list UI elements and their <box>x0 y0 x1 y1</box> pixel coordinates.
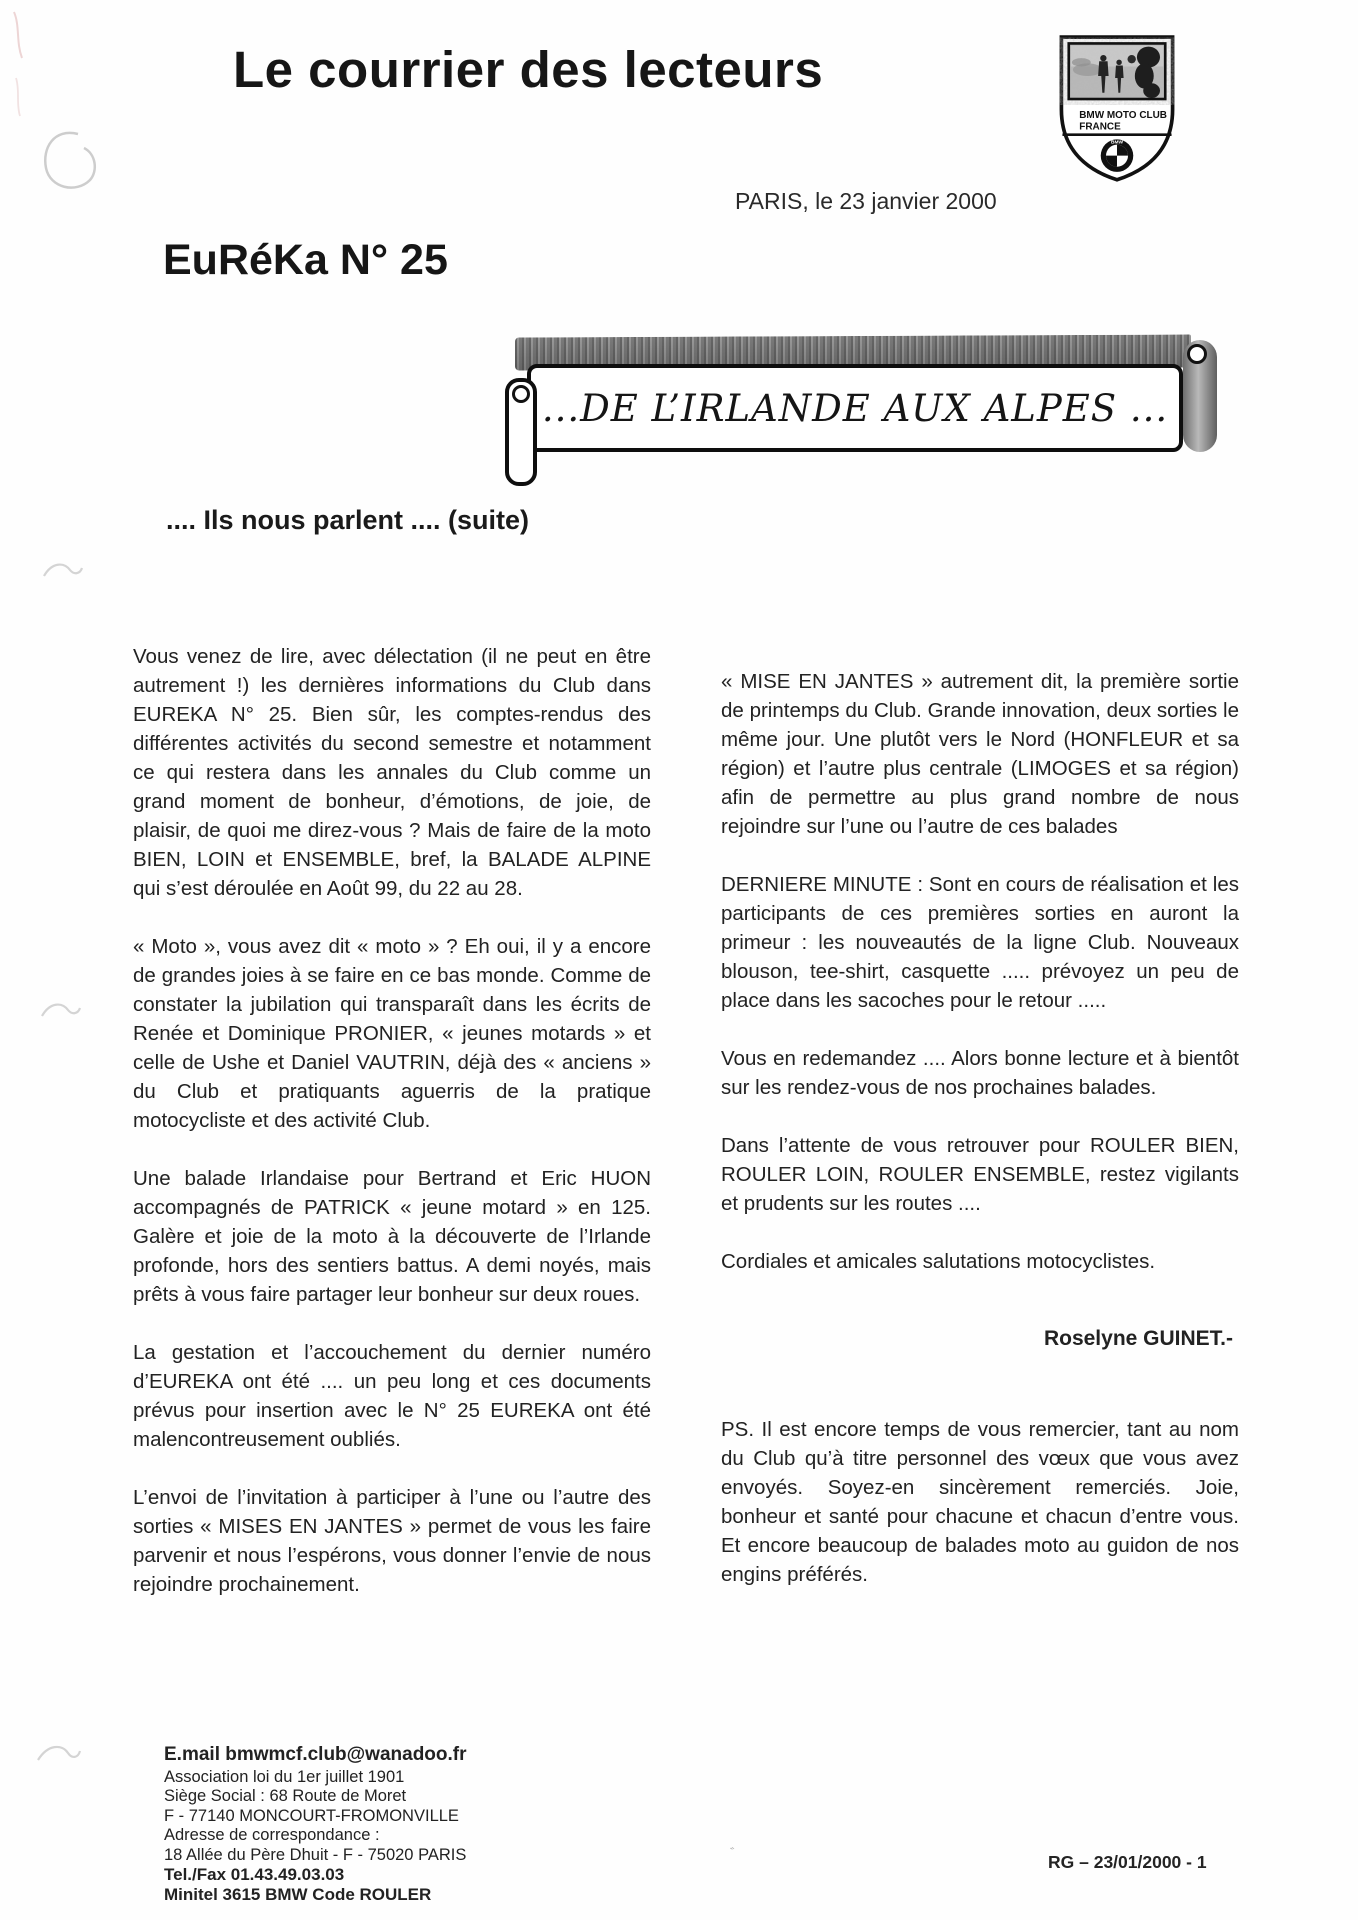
paragraph: La gestation et l’accouchement du dernie… <box>133 1338 651 1454</box>
scroll-right-roll <box>1183 340 1217 452</box>
banner-text: ...DE L’IRLANDE AUX ALPES ... <box>542 387 1168 430</box>
paragraph: « Moto », vous avez dit « moto » ? Eh ou… <box>133 932 651 1135</box>
right-column: « MISE EN JANTES » autrement dit, la pre… <box>721 642 1239 1628</box>
footer-minitel: Minitel 3615 BMW Code ROULER <box>164 1885 467 1905</box>
date-line: PARIS, le 23 janvier 2000 <box>735 188 997 215</box>
footer-line: Siège Social : 68 Route de Moret <box>164 1787 467 1807</box>
club-shield-icon: BMW MOTO CLUB FRANCE BMW <box>1054 34 1180 184</box>
page-title: Le courrier des lecteurs <box>233 40 823 99</box>
logo-band-line1: BMW MOTO CLUB <box>1079 110 1167 121</box>
footer-telfax: Tel./Fax 01.43.49.03.03 <box>164 1865 467 1885</box>
scroll-banner: ...DE L’IRLANDE AUX ALPES ... <box>505 330 1219 478</box>
logo-band-line2: FRANCE <box>1079 121 1121 132</box>
section-heading: .... Ils nous parlent .... (suite) <box>166 505 529 536</box>
footer-block: E.mail bmwmcf.club@wanadoo.fr Associatio… <box>164 1745 467 1904</box>
paragraph: Cordiales et amicales salutations motocy… <box>721 1247 1239 1276</box>
scan-artifact-edge-mark <box>6 8 36 123</box>
paragraph: Vous en redemandez .... Alors bonne lect… <box>721 1044 1239 1102</box>
scan-artifact-curl <box>38 996 82 1026</box>
document-reference: RG – 23/01/2000 - 1 <box>1048 1852 1207 1873</box>
paragraph: Une balade Irlandaise pour Bertrand et E… <box>133 1164 651 1309</box>
paragraph: L’envoi de l’invitation à participer à l… <box>133 1483 651 1599</box>
scanned-letter-page: Le courrier des lecteurs <box>0 0 1358 1920</box>
body-columns: Vous venez de lire, avec délectation (il… <box>133 642 1239 1628</box>
footer-line: F - 77140 MONCOURT-FROMONVILLE <box>164 1807 467 1827</box>
scan-artifact-curl <box>34 1738 82 1770</box>
scan-artifact-curl <box>38 126 102 206</box>
bmw-roundel-icon: BMW <box>1101 139 1134 172</box>
paragraph: Dans l’attente de vous retrouver pour RO… <box>721 1131 1239 1218</box>
signature: Roselyne GUINET.- <box>721 1324 1233 1353</box>
scroll-left-tail <box>505 378 537 486</box>
footer-email: E.mail bmwmcf.club@wanadoo.fr <box>164 1745 467 1765</box>
bmw-brand-text: BMW <box>1111 139 1123 145</box>
footer-line: Association loi du 1er juillet 1901 <box>164 1768 467 1788</box>
scroll-curl-icon <box>512 385 530 403</box>
banner-box: ...DE L’IRLANDE AUX ALPES ... <box>527 364 1183 452</box>
paragraph: « MISE EN JANTES » autrement dit, la pre… <box>721 667 1239 841</box>
scan-artifact-speck: ‶ <box>729 1845 738 1860</box>
footer-line: 18 Allée du Père Dhuit - F - 75020 PARIS <box>164 1846 467 1866</box>
paragraph: DERNIERE MINUTE : Sont en cours de réali… <box>721 870 1239 1015</box>
scan-artifact-curl <box>40 556 84 586</box>
postscript: PS. Il est encore temps de vous remercie… <box>721 1415 1239 1589</box>
club-photo <box>1069 43 1166 99</box>
issue-heading: EuRéKa N° 25 <box>163 236 448 285</box>
footer-line: Adresse de correspondance : <box>164 1826 467 1846</box>
scroll-curl-icon <box>1187 344 1207 364</box>
paragraph: Vous venez de lire, avec délectation (il… <box>133 642 651 903</box>
bmw-moto-club-logo: BMW MOTO CLUB FRANCE BMW <box>1054 34 1180 184</box>
left-column: Vous venez de lire, avec délectation (il… <box>133 642 651 1628</box>
